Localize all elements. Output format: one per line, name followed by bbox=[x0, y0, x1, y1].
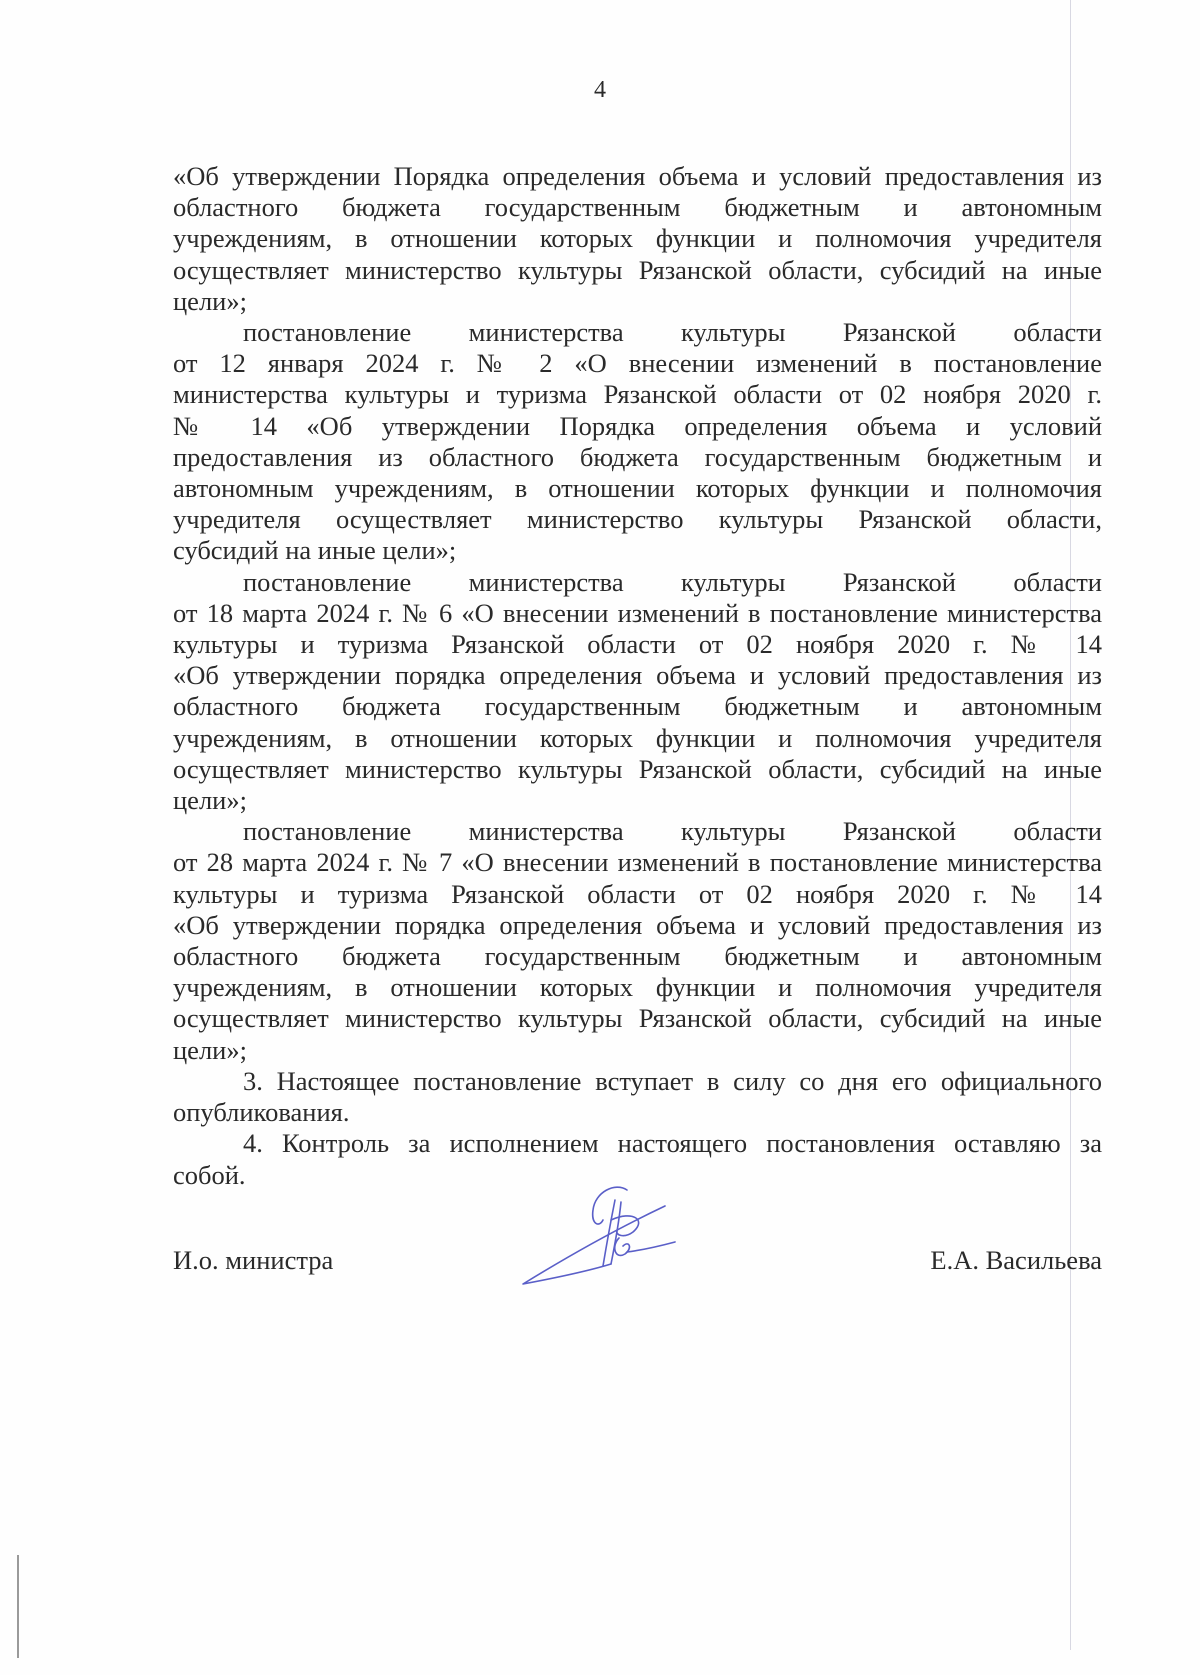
text-line: учреждениям, в отношении которых функции… bbox=[173, 223, 1102, 254]
text-line: министерства культуры и туризма Рязанско… bbox=[173, 379, 1102, 410]
text-line: 3. Настоящее постановление вступает в си… bbox=[173, 1066, 1102, 1097]
text-line: предоставления из областного бюджета гос… bbox=[173, 442, 1102, 473]
text-line: постановление министерства культуры Ряза… bbox=[173, 567, 1102, 598]
text-line: областного бюджета государственным бюдже… bbox=[173, 941, 1102, 972]
signatory-name: Е.А. Васильева bbox=[930, 1245, 1102, 1276]
text-line: учреждениям, в отношении которых функции… bbox=[173, 972, 1102, 1003]
paragraph-resolution-2: постановление министерства культуры Ряза… bbox=[173, 317, 1102, 567]
text-line: цели»; bbox=[173, 286, 1102, 317]
text-line: «Об утверждении порядка определения объе… bbox=[173, 910, 1102, 941]
page-number: 4 bbox=[0, 75, 1200, 105]
text-line: от 28 марта 2024 г. № 7 «О внесении изме… bbox=[173, 847, 1102, 878]
text-line: от 12 января 2024 г. № 2 «О внесении изм… bbox=[173, 348, 1102, 379]
paragraph-resolution-7: постановление министерства культуры Ряза… bbox=[173, 816, 1102, 1066]
signature-block: И.о. министра Е.А. Васильева bbox=[173, 1245, 1102, 1285]
text-line: учредителя осуществляет министерство кул… bbox=[173, 504, 1102, 535]
text-line: цели»; bbox=[173, 1035, 1102, 1066]
text-line: субсидий на иные цели»; bbox=[173, 535, 1102, 566]
text-line: осуществляет министерство культуры Рязан… bbox=[173, 255, 1102, 286]
text-line: 4. Контроль за исполнением настоящего по… bbox=[173, 1128, 1102, 1159]
text-line: культуры и туризма Рязанской области от … bbox=[173, 629, 1102, 660]
text-line: областного бюджета государственным бюдже… bbox=[173, 691, 1102, 722]
text-line: постановление министерства культуры Ряза… bbox=[173, 816, 1102, 847]
paragraph-resolution-6: постановление министерства культуры Ряза… bbox=[173, 567, 1102, 817]
text-line: № 14 «Об утверждении Порядка определения… bbox=[173, 411, 1102, 442]
document-body: «Об утверждении Порядка определения объе… bbox=[173, 161, 1102, 1191]
text-line: осуществляет министерство культуры Рязан… bbox=[173, 1003, 1102, 1034]
text-line: цели»; bbox=[173, 785, 1102, 816]
paragraph-clause-3: 3. Настоящее постановление вступает в си… bbox=[173, 1066, 1102, 1128]
text-line: осуществляет министерство культуры Рязан… bbox=[173, 754, 1102, 785]
text-line: «Об утверждении порядка определения объе… bbox=[173, 660, 1102, 691]
scan-artifact-line bbox=[17, 1555, 19, 1658]
text-line: учреждениям, в отношении которых функции… bbox=[173, 723, 1102, 754]
text-line: «Об утверждении Порядка определения объе… bbox=[173, 161, 1102, 192]
document-page: 4 «Об утверждении Порядка определения об… bbox=[0, 0, 1200, 1675]
text-line: культуры и туризма Рязанской области от … bbox=[173, 879, 1102, 910]
text-line: от 18 марта 2024 г. № 6 «О внесении изме… bbox=[173, 598, 1102, 629]
text-line: областного бюджета государственным бюдже… bbox=[173, 192, 1102, 223]
paragraph-continuation: «Об утверждении Порядка определения объе… bbox=[173, 161, 1102, 317]
signatory-title: И.о. министра bbox=[173, 1245, 333, 1276]
text-line: опубликования. bbox=[173, 1097, 1102, 1128]
text-line: постановление министерства культуры Ряза… bbox=[173, 317, 1102, 348]
text-line: автономным учреждениям, в отношении кото… bbox=[173, 473, 1102, 504]
